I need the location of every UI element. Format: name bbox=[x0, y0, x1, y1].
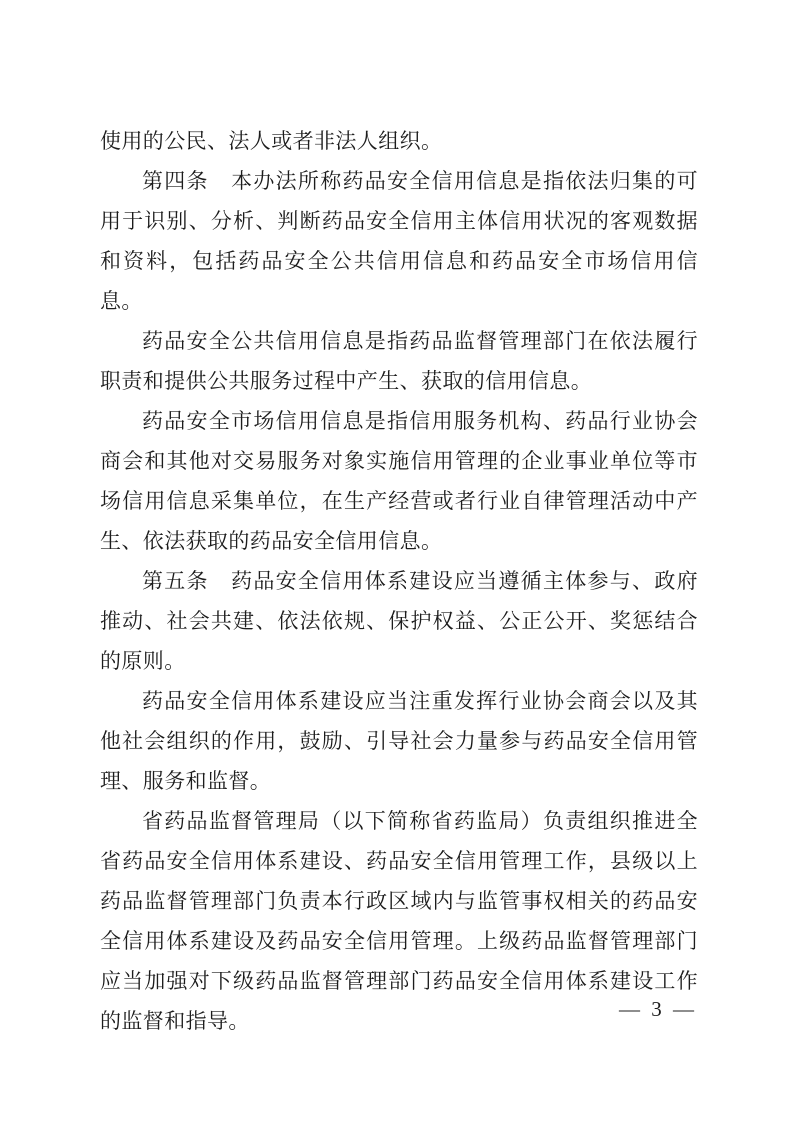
paragraph-industry-associations: 药品安全信用体系建设应当注重发挥行业协会商会以及其他社会组织的作用，鼓励、引导社… bbox=[100, 681, 698, 801]
paragraph-article-5: 第五条 药品安全信用体系建设应当遵循主体参与、政府推动、社会共建、依法依规、保护… bbox=[100, 561, 698, 681]
paragraph-public-credit-info: 药品安全公共信用信息是指药品监督管理部门在依法履行职责和提供公共服务过程中产生、… bbox=[100, 321, 698, 401]
paragraph-provincial-bureau-duties: 省药品监督管理局（以下简称省药监局）负责组织推进全省药品安全信用体系建设、药品安… bbox=[100, 801, 698, 1041]
paragraph-continuation: 使用的公民、法人或者非法人组织。 bbox=[100, 121, 698, 161]
page-number: — 3 — bbox=[619, 997, 697, 1021]
paragraph-market-credit-info: 药品安全市场信用信息是指信用服务机构、药品行业协会商会和其他对交易服务对象实施信… bbox=[100, 401, 698, 561]
document-body: 使用的公民、法人或者非法人组织。 第四条 本办法所称药品安全信用信息是指依法归集… bbox=[100, 121, 698, 1041]
document-page: 使用的公民、法人或者非法人组织。 第四条 本办法所称药品安全信用信息是指依法归集… bbox=[0, 0, 793, 1122]
paragraph-article-4: 第四条 本办法所称药品安全信用信息是指依法归集的可用于识别、分析、判断药品安全信… bbox=[100, 161, 698, 321]
